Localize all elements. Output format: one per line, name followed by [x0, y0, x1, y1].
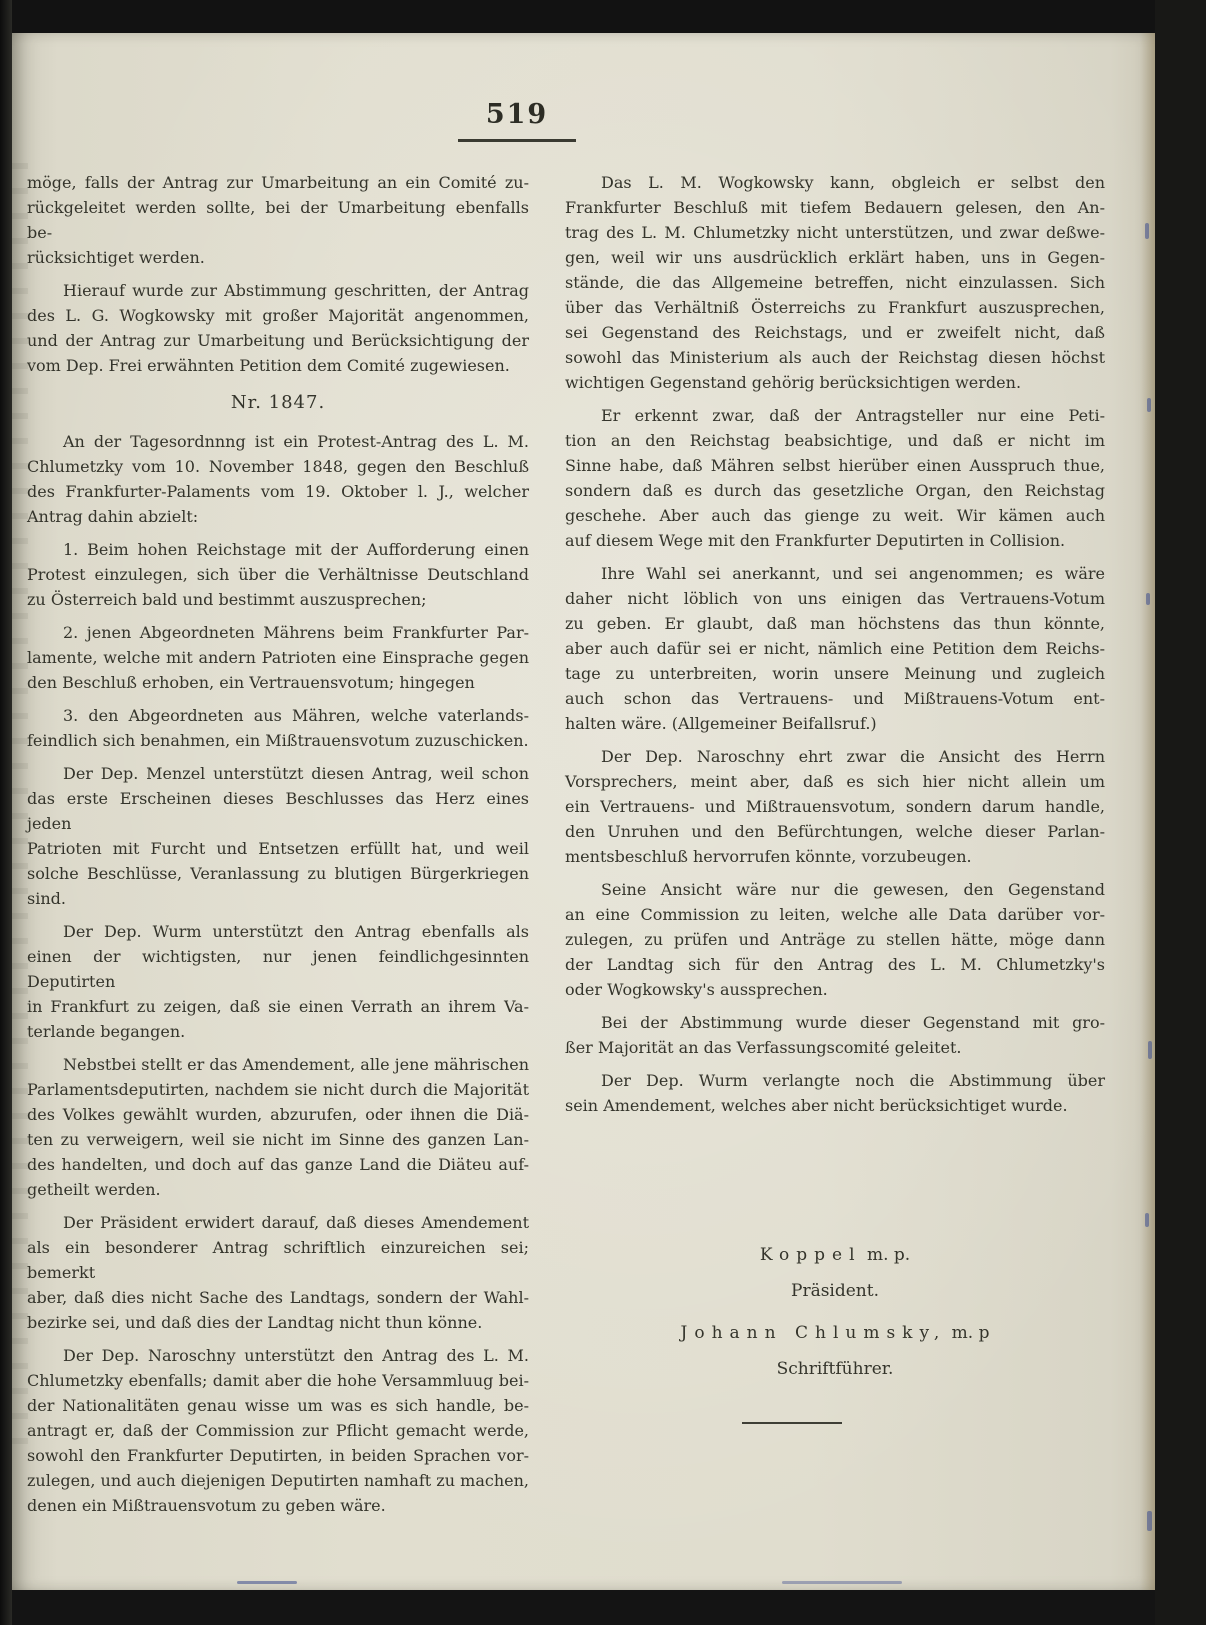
text-line: vom Dep. Frei erwähnten Petition dem Com…	[27, 353, 529, 378]
text-line: in Frankfurt zu zeigen, daß sie einen Ve…	[27, 994, 529, 1019]
text-line: 3. den Abgeordneten aus Mähren, welche v…	[27, 703, 529, 728]
ink-speck	[1145, 1213, 1149, 1227]
text-line: Er erkennt zwar, daß der Antragsteller n…	[565, 403, 1105, 428]
ink-speck	[1146, 593, 1150, 605]
text-line: aber auch dafür sei er nicht, nämlich ei…	[565, 636, 1105, 661]
text-line: einen der wichtigsten, nur jenen feindli…	[27, 944, 529, 994]
paragraph: Nebstbei stellt er das Amendement, alle …	[27, 1052, 529, 1202]
text-line: daher nicht löblich von uns einigen das …	[565, 586, 1105, 611]
ink-speck	[237, 1581, 297, 1584]
text-line: trag des L. M. Chlumetzky nicht unterstü…	[565, 220, 1105, 245]
text-line: feindlich sich benahmen, ein Mißtrauensv…	[27, 728, 529, 753]
signature-name: Koppel m. p.	[565, 1245, 1105, 1265]
text-line: ten zu verweigern, weil sie nicht im Sin…	[27, 1127, 529, 1152]
page-number-rule	[458, 139, 576, 142]
text-line: möge, falls der Antrag zur Umarbeitung a…	[27, 170, 529, 195]
document-page: 519 möge, falls der Antrag zur Umarbeitu…	[12, 33, 1155, 1590]
text-line: tion an den Reichstag beabsichtige, und …	[565, 428, 1105, 453]
text-line: zu Österreich bald und bestimmt auszuspr…	[27, 587, 529, 612]
text-line: bezirke sei, und daß dies der Landtag ni…	[27, 1310, 529, 1335]
scanner-background-top	[0, 0, 1206, 33]
text-line: geschehe. Aber auch das gienge zu weit. …	[565, 503, 1105, 528]
paragraph: Der Dep. Naroschny ehrt zwar die Ansicht…	[565, 744, 1105, 869]
text-line: terlande begangen.	[27, 1019, 529, 1044]
text-line: und der Antrag zur Umarbeitung und Berüc…	[27, 328, 529, 353]
text-line: aber, daß dies nicht Sache des Landtags,…	[27, 1285, 529, 1310]
text-line: antragt er, daß der Commission zur Pflic…	[27, 1418, 529, 1443]
book-gutter-edge	[0, 0, 12, 1625]
paragraph: Hierauf wurde zur Abstimmung geschritten…	[27, 278, 529, 378]
scanner-background-bottom	[0, 1590, 1206, 1625]
text-line: ßer Majorität an das Verfassungscomité g…	[565, 1035, 1105, 1060]
text-line: stände, die das Allgemeine betreffen, ni…	[565, 270, 1105, 295]
text-line: mentsbeschluß hervorrufen könnte, vorzub…	[565, 844, 1105, 869]
paragraph: möge, falls der Antrag zur Umarbeitung a…	[27, 170, 529, 270]
text-line: Protest einzulegen, sich über die Verhäl…	[27, 562, 529, 587]
ink-speck	[1147, 1511, 1152, 1531]
text-line: über das Verhältniß Österreichs zu Frank…	[565, 295, 1105, 320]
signature-name: Johann Chlumsky, m. p	[565, 1323, 1105, 1343]
text-line: tage zu unterbreiten, worin unsere Meinu…	[565, 661, 1105, 686]
signature-role: Schriftführer.	[565, 1359, 1105, 1379]
paragraph: 2. jenen Abgeordneten Mährens beim Frank…	[27, 620, 529, 695]
text-line: Hierauf wurde zur Abstimmung geschritten…	[27, 278, 529, 303]
text-line: sei Gegenstand des Reichstags, und er zw…	[565, 320, 1105, 345]
text-line: denen ein Mißtrauensvotum zu geben wäre.	[27, 1493, 529, 1518]
text-line: Das L. M. Wogkowsky kann, obgleich er se…	[565, 170, 1105, 195]
text-line: Frankfurter Beschluß mit tiefem Bedauern…	[565, 195, 1105, 220]
text-line: Bei der Abstimmung wurde dieser Gegensta…	[565, 1010, 1105, 1035]
text-line: 2. jenen Abgeordneten Mährens beim Frank…	[27, 620, 529, 645]
ink-speck	[1147, 398, 1151, 412]
paragraph: Bei der Abstimmung wurde dieser Gegensta…	[565, 1010, 1105, 1060]
text-line: den Beschluß erhoben, ein Vertrauensvotu…	[27, 670, 529, 695]
text-line: als ein besonderer Antrag schriftlich ei…	[27, 1235, 529, 1285]
text-line: Vorsprechers, meint aber, daß es sich hi…	[565, 769, 1105, 794]
paragraph: An der Tagesordnnng ist ein Protest-Antr…	[27, 429, 529, 529]
text-line: auch schon das Vertrauens- und Mißtrauen…	[565, 686, 1105, 711]
ink-speck	[782, 1581, 902, 1584]
text-line: an eine Commission zu leiten, welche all…	[565, 902, 1105, 927]
text-line: auf diesem Wege mit den Frankfurter Depu…	[565, 528, 1105, 553]
text-line: rücksichtiget werden.	[27, 245, 529, 270]
text-line: Parlamentsdeputirten, nachdem sie nicht …	[27, 1077, 529, 1102]
section-divider-rule	[742, 1422, 842, 1424]
bleed-through-ghost	[12, 163, 28, 1453]
text-line: solche Beschlüsse, Veranlassung zu bluti…	[27, 861, 529, 911]
text-line: des L. G. Wogkowsky mit großer Majorität…	[27, 303, 529, 328]
signature-suffix: m. p	[952, 1323, 990, 1343]
ink-speck	[1145, 223, 1149, 239]
text-line: gen, weil wir uns ausdrücklich erklärt h…	[565, 245, 1105, 270]
paragraph: Er erkennt zwar, daß der Antragsteller n…	[565, 403, 1105, 553]
scanner-background-right	[1155, 0, 1206, 1625]
paragraph: Seine Ansicht wäre nur die gewesen, den …	[565, 877, 1105, 1002]
text-line: getheilt werden.	[27, 1177, 529, 1202]
text-line: Antrag dahin abzielt:	[27, 504, 529, 529]
paper-fore-edge	[1140, 33, 1155, 1590]
column-right: Das L. M. Wogkowsky kann, obgleich er se…	[565, 170, 1105, 1126]
text-line: Der Dep. Menzel unterstützt diesen Antra…	[27, 761, 529, 786]
text-line: sowohl das Ministerium als auch der Reic…	[565, 345, 1105, 370]
text-line: zu geben. Er glaubt, daß man höchstens d…	[565, 611, 1105, 636]
signature-block: Koppel m. p.Präsident.Johann Chlumsky, m…	[565, 1245, 1105, 1401]
paragraph: 3. den Abgeordneten aus Mähren, welche v…	[27, 703, 529, 753]
text-line: sowohl den Frankfurter Deputirten, in be…	[27, 1443, 529, 1468]
text-line: das erste Erscheinen dieses Beschlusses …	[27, 786, 529, 836]
text-line: sein Amendement, welches aber nicht berü…	[565, 1093, 1105, 1118]
text-line: Der Präsident erwidert darauf, daß diese…	[27, 1210, 529, 1235]
text-line: Seine Ansicht wäre nur die gewesen, den …	[565, 877, 1105, 902]
paragraph: Der Dep. Wurm unterstützt den Antrag ebe…	[27, 919, 529, 1044]
text-line: der Landtag sich für den Antrag des L. M…	[565, 952, 1105, 977]
text-line: den Unruhen und den Befürchtungen, welch…	[565, 819, 1105, 844]
text-line: Ihre Wahl sei anerkannt, und sei angenom…	[565, 561, 1105, 586]
paragraph: Das L. M. Wogkowsky kann, obgleich er se…	[565, 170, 1105, 395]
signature-suffix: m. p.	[867, 1245, 910, 1265]
signatory-name: Johann Chlumsky,	[681, 1323, 947, 1343]
section-heading: Nr. 1847.	[27, 390, 529, 415]
column-left: möge, falls der Antrag zur Umarbeitung a…	[27, 170, 529, 1526]
text-line: der Nationalitäten genau wisse um was es…	[27, 1393, 529, 1418]
text-line: oder Wogkowsky's aussprechen.	[565, 977, 1105, 1002]
paragraph: Der Präsident erwidert darauf, daß diese…	[27, 1210, 529, 1335]
ink-speck	[1148, 1041, 1152, 1059]
signatory-name: Koppel	[760, 1245, 862, 1265]
text-line: sondern daß es durch das gesetzliche Org…	[565, 478, 1105, 503]
text-line: des Frankfurter-Palaments vom 19. Oktobe…	[27, 479, 529, 504]
text-line: des handelten, und doch auf das ganze La…	[27, 1152, 529, 1177]
text-line: rückgeleitet werden sollte, bei der Umar…	[27, 195, 529, 245]
text-line: Chlumetzky ebenfalls; damit aber die hoh…	[27, 1368, 529, 1393]
text-line: Der Dep. Wurm unterstützt den Antrag ebe…	[27, 919, 529, 944]
text-line: wichtigen Gegenstand gehörig berücksicht…	[565, 370, 1105, 395]
text-line: Nebstbei stellt er das Amendement, alle …	[27, 1052, 529, 1077]
page-number: 519	[452, 99, 582, 130]
text-line: Der Dep. Naroschny unterstützt den Antra…	[27, 1343, 529, 1368]
text-line: zulegen, und auch diejenigen Deputirten …	[27, 1468, 529, 1493]
text-line: Chlumetzky vom 10. November 1848, gegen …	[27, 454, 529, 479]
text-line: des Volkes gewählt wurden, abzurufen, od…	[27, 1102, 529, 1127]
paragraph: Der Dep. Menzel unterstützt diesen Antra…	[27, 761, 529, 911]
paragraph: 1. Beim hohen Reichstage mit der Aufford…	[27, 537, 529, 612]
paragraph: Der Dep. Wurm verlangte noch die Abstimm…	[565, 1068, 1105, 1118]
text-line: 1. Beim hohen Reichstage mit der Aufford…	[27, 537, 529, 562]
text-line: ein Vertrauens- und Mißtrauensvotum, son…	[565, 794, 1105, 819]
signature-role: Präsident.	[565, 1281, 1105, 1301]
text-line: Sinne habe, daß Mähren selbst hierüber e…	[565, 453, 1105, 478]
text-line: zulegen, zu prüfen und Anträge zu stelle…	[565, 927, 1105, 952]
paragraph: Der Dep. Naroschny unterstützt den Antra…	[27, 1343, 529, 1518]
text-line: Der Dep. Naroschny ehrt zwar die Ansicht…	[565, 744, 1105, 769]
paragraph: Ihre Wahl sei anerkannt, und sei angenom…	[565, 561, 1105, 736]
text-line: An der Tagesordnnng ist ein Protest-Antr…	[27, 429, 529, 454]
text-line: Patrioten mit Furcht und Entsetzen erfül…	[27, 836, 529, 861]
text-line: lamente, welche mit andern Patrioten ein…	[27, 645, 529, 670]
text-line: Der Dep. Wurm verlangte noch die Abstimm…	[565, 1068, 1105, 1093]
text-line: halten wäre. (Allgemeiner Beifallsruf.)	[565, 711, 1105, 736]
